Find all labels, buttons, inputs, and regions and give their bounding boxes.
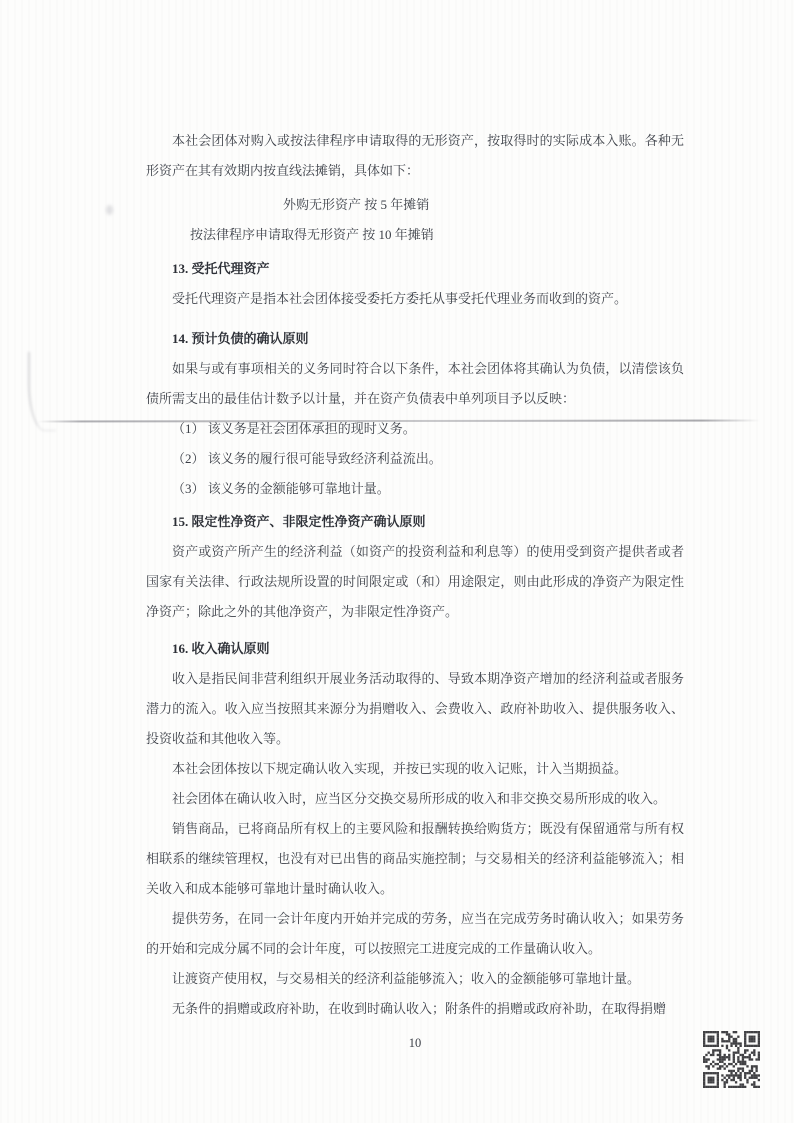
- paragraph-entrusted-assets: 受托代理资产是指本社会团体接受委托方委托从事受托代理业务而收到的资产。: [146, 284, 684, 314]
- list-item-reliable-measurement: （3） 该义务的金额能够可靠地计量。: [146, 474, 684, 504]
- list-item-present-obligation: （1） 该义务是社会团体承担的现时义务。: [146, 414, 684, 444]
- paragraph-estimated-liabilities: 如果与或有事项相关的义务同时符合以下条件，本社会团体将其确认为负债，以清偿该负债…: [146, 354, 684, 414]
- paragraph-services-revenue: 提供劳务，在同一会计年度内开始并完成的劳务，应当在完成劳务时确认收入；如果劳务的…: [146, 904, 684, 964]
- paragraph-exchange-distinction: 社会团体在确认收入时，应当区分交换交易所形成的收入和非交换交易所形成的收入。: [146, 784, 684, 814]
- heading-revenue-recognition: 16. 收入确认原则: [146, 634, 684, 664]
- paragraph-goods-sales: 销售商品，已将商品所有权上的主要风险和报酬转换给购货方；既没有保留通常与所有权相…: [146, 814, 684, 904]
- paragraph-revenue-realization: 本社会团体按以下规定确认收入实现，并按已实现的收入记账，计入当期损益。: [146, 754, 684, 784]
- amortization-line-legal: 按法律程序申请取得无形资产 按 10 年摊销: [146, 220, 684, 250]
- amortization-line-purchased: 外购无形资产 按 5 年摊销: [146, 190, 684, 220]
- document-text-block: 本社会团体对购入或按法律程序申请取得的无形资产，按取得时的实际成本入账。各种无形…: [146, 126, 684, 1024]
- scan-dot-artifact: [106, 205, 113, 215]
- paragraph-restricted-net-assets: 资产或资产所产生的经济利益（如资产的投资利益和利息等）的使用受到资产提供者或者国…: [146, 537, 684, 627]
- heading-entrusted-assets: 13. 受托代理资产: [146, 254, 684, 284]
- paragraph-donations-subsidies: 无条件的捐赠或政府补助，在收到时确认收入；附条件的捐赠或政府补助，在取得捐赠: [146, 994, 684, 1024]
- paragraph-intangible-assets: 本社会团体对购入或按法律程序申请取得的无形资产，按取得时的实际成本入账。各种无形…: [146, 126, 684, 186]
- paragraph-revenue-definition: 收入是指民间非营利组织开展业务活动取得的、导致本期净资产增加的经济利益或者服务潜…: [146, 664, 684, 754]
- heading-estimated-liabilities: 14. 预计负债的确认原则: [146, 324, 684, 354]
- heading-restricted-net-assets: 15. 限定性净资产、非限定性净资产确认原则: [146, 507, 684, 537]
- page-number: 10: [146, 1033, 684, 1053]
- list-item-economic-outflow: （2） 该义务的履行很可能导致经济利益流出。: [146, 444, 684, 474]
- document-page: 本社会团体对购入或按法律程序申请取得的无形资产，按取得时的实际成本入账。各种无形…: [0, 0, 794, 1123]
- qr-code-pattern: [703, 1031, 760, 1088]
- scan-smudge-artifact: [28, 352, 56, 431]
- qr-code: [703, 1031, 760, 1088]
- paragraph-asset-rights-transfer: 让渡资产使用权，与交易相关的经济利益能够流入；收入的金额能够可靠地计量。: [146, 964, 684, 994]
